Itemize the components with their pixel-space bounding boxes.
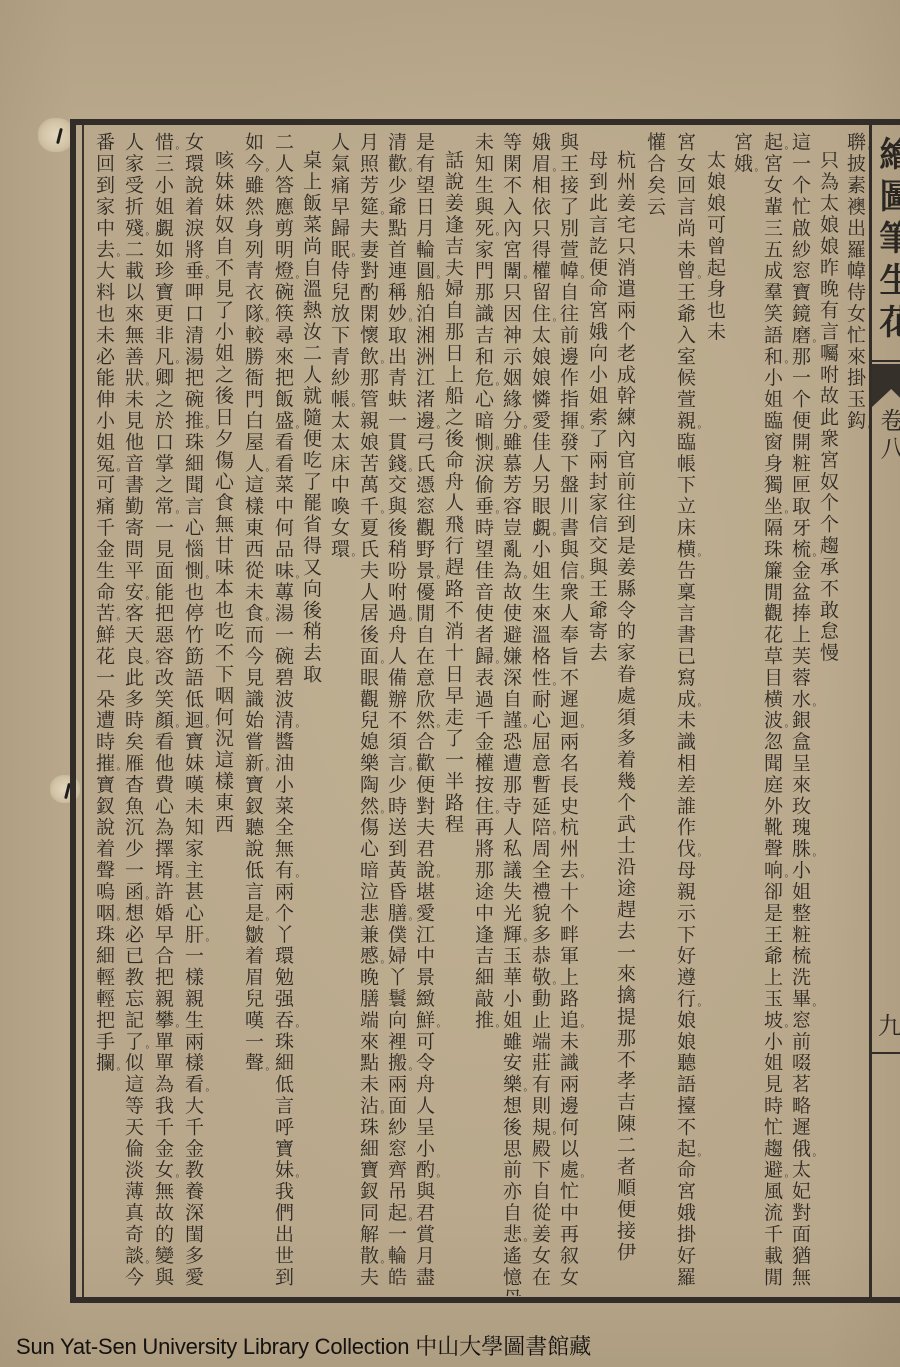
text-column: 是有望日月輪圓。船泊湘洲江渚邊。弓氏憑窓觀野景。優閒自在意欣然。合歡便對夫君說。…	[413, 132, 435, 1296]
banner-divider	[869, 125, 872, 1297]
text-column: 月照芳筵。夫妻對酌閑懷飲。那管親娘苦萬千。夏氏夫人居後面。眼觀兒媳樂陶然。傷心暗…	[357, 132, 379, 1296]
text-column: 清歡。少爺點首連稱妙。取出青蚨一貫錢。交與後稍吩咐過。舟人備辦不須言。少時送到黃…	[385, 132, 407, 1296]
collection-credit: Sun Yat-Sen University Library Collectio…	[16, 1334, 591, 1361]
text-column: 宮女回言尚未曾。王爺入室候萱親。臨帳下立床横。告稟言書已寫成。未識相差誰作伐。母…	[674, 132, 696, 1296]
text-column: 起。宮女輩三五成羣笑語和。小姐臨窗身獨坐。隔珠簾閒觀花草目横波。忽聞庭外靴聲响。…	[761, 132, 783, 1296]
page-number-rule	[872, 1052, 900, 1054]
collection-label-zh: 中山大學圖書館藏	[415, 1335, 591, 1360]
text-column: 番回到家中去。大料也未必能伸小姐冤。可痛千金生命苦。鮮花一朵遭時摧。寶釵說着聲嗚…	[93, 132, 115, 1296]
text-column: 等閑不入內宮闈。只因神示姻緣分。雖慕芳容豈亂為。故使避嫌深自謹。恐遭那寺人私議失…	[500, 132, 522, 1296]
frame-inner-rule	[82, 125, 84, 1297]
text-column: 桌上飯菜尚自溫熱汝二人就隨便吃了罷省得又向後稍去取	[300, 150, 322, 1296]
text-column: 與王接了別萱幃。自往前邊作指揮。發下盤川書與信。衆人奉旨不遲迴。兩名長史杭州去。…	[557, 132, 579, 1296]
book-title: 繪圖筆生花	[875, 136, 900, 346]
page-number: 九	[878, 1013, 900, 1039]
text-column: 宮娥。	[731, 132, 753, 1296]
text-column: 二人答應剪明燈。碗筷尋來把飯盛。看看菜中何品味。蓴湯一碗碧波清。醬油小菜全無有。…	[272, 132, 294, 1296]
text-column: 話說姜逢吉夫婦自那日上船之後命舟人飛行趕路不消十日早走了一半路程	[442, 150, 464, 1296]
text-column: 太娘娘可曾起身也未	[704, 150, 726, 1296]
text-column: 懽合矣云	[644, 132, 666, 1296]
collection-label: Sun Yat-Sen University Library Collectio…	[16, 1334, 409, 1359]
text-column: 咳妹妹奴自不見了小姐之後日夕傷心食無甘味本也吃不下咽何況這樣東西	[212, 150, 234, 1296]
text-column: 未知生與死。家門那識吉和危。心暗惻。淚偷垂。時望佳音使者歸。表過千金權按住。再將…	[472, 132, 494, 1296]
text-block: 聨。披素襖出羅幃侍女忙來掛玉鈎。 只為太娘娘昨晚有言囑咐故此衆宮奴个个趨承不敢怠…	[86, 127, 870, 1296]
text-column: 如今。雖然身列青衣隊。較勝衙門白屋人。這樣東西從未食。而今見識始嘗新。寶釵聽說低…	[242, 132, 264, 1296]
text-column: 人家受折殘。二載以來無善狀。未見他音書勤寄問平安。客天良。此多時矣雁杳魚沉少一函…	[122, 132, 144, 1296]
binding-hole-top	[38, 118, 74, 152]
volume-label: 卷八	[877, 408, 900, 464]
text-column: 惜。三小姐覷如珍寶更非凡。卿之於口掌之常。一見面能把惡容改笑顏。看他費心為擇壻。…	[152, 132, 174, 1296]
text-column: 這一个忙啟紗窓寶鏡磨。那一个便開粧匣取牙梳。金盆捧上芙蓉水。銀盒呈來玫瑰䏭。小姐…	[789, 132, 811, 1296]
text-column: 娥眉。相依只得權留住。太娘娘憐愛佳人另眼覷。小姐生來溫格性。耐心屈意暫延陪。周全…	[529, 132, 551, 1296]
text-column: 母到此言訖便命宮娥向小姐索了兩封家信交與王爺寄去	[586, 150, 608, 1296]
text-column: 聨。披素襖出羅幃侍女忙來掛玉鈎。	[844, 132, 866, 1296]
text-column: 女環說着淚將垂。呷口清湯把碗推。珠細聞言心惱惻。也停竹筯語低迴。寶妹嘆未知家主甚…	[182, 132, 204, 1296]
text-column: 人氣痛早歸眠。侍兒放下青紗帳。太太床中喚女環。	[328, 132, 350, 1296]
text-column: 杭州姜宅只消遣兩个老成幹練內官前往到是姜縣令的家眷處須多着幾个武士沿途趕去一來擒…	[614, 150, 636, 1296]
title-rule	[872, 360, 900, 362]
text-column: 只為太娘娘昨晚有言囑咐故此衆宮奴个个趨承不敢怠慢	[817, 150, 839, 1296]
